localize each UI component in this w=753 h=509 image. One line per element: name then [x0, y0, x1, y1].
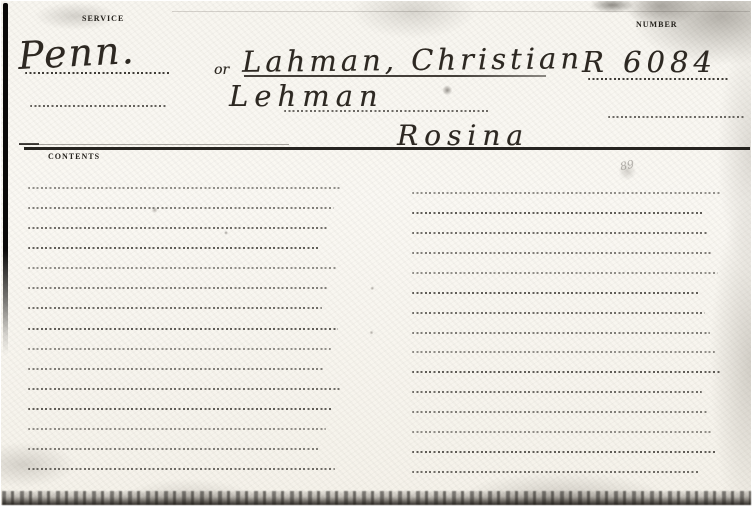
service-entry-handwriting: Penn. [17, 28, 137, 78]
number-label: NUMBER [636, 20, 678, 29]
name-alt-handwriting: Lehman [229, 79, 384, 113]
name-primary-underline [244, 75, 546, 77]
contents-ruled-line [412, 431, 712, 433]
number-second-line [608, 116, 744, 118]
service-entry-underline [25, 72, 171, 74]
contents-ruled-line [412, 411, 707, 413]
service-label: SERVICE [82, 14, 124, 23]
contents-ruled-line [412, 192, 721, 194]
contents-ruled-line [412, 292, 700, 294]
contents-ruled-line [412, 451, 717, 453]
contents-ruled-line [28, 408, 333, 410]
contents-ruled-line [412, 232, 708, 234]
scan-edge-artifact-bottom [2, 491, 751, 505]
contents-ruled-line [28, 348, 331, 350]
contents-rule-tick [19, 143, 39, 145]
faint-top-rule [172, 11, 750, 12]
contents-ruled-line [412, 252, 713, 254]
scan-edge-artifact-left [3, 3, 8, 355]
contents-ruled-line [412, 212, 703, 214]
contents-ruled-line [28, 428, 326, 430]
contents-ruled-line [28, 468, 335, 470]
contents-ruled-line [28, 267, 336, 269]
contents-ruled-line [412, 471, 699, 473]
name-alt-underline [284, 110, 490, 112]
contents-ruled-line [28, 328, 338, 330]
contents-ruled-line [28, 368, 324, 370]
contents-ruled-line [28, 388, 340, 390]
contents-label: CONTENTS [48, 152, 100, 161]
contents-ruled-line [412, 332, 710, 334]
contents-ruled-line [28, 187, 341, 189]
number-entry-underline [588, 78, 728, 80]
contents-ruled-line [28, 207, 334, 209]
contents-ruled-line [28, 448, 319, 450]
contents-ruled-line [28, 227, 327, 229]
contents-ruled-line [412, 272, 718, 274]
contents-ruled-line [28, 247, 320, 249]
contents-heavy-rule [24, 147, 750, 150]
name-primary-handwriting: Lahman, Christian [242, 41, 583, 79]
contents-ruled-line [412, 391, 702, 393]
number-entry-handwriting: R 6084 [582, 45, 717, 79]
contents-ruled-line [412, 312, 705, 314]
scanned-index-card: SERVICE NUMBER Penn. or Lahman, Christia… [0, 0, 753, 509]
alt-name-prefix-handwriting: or [214, 62, 229, 78]
contents-rule-thin [19, 144, 289, 145]
service-second-line [30, 105, 166, 107]
